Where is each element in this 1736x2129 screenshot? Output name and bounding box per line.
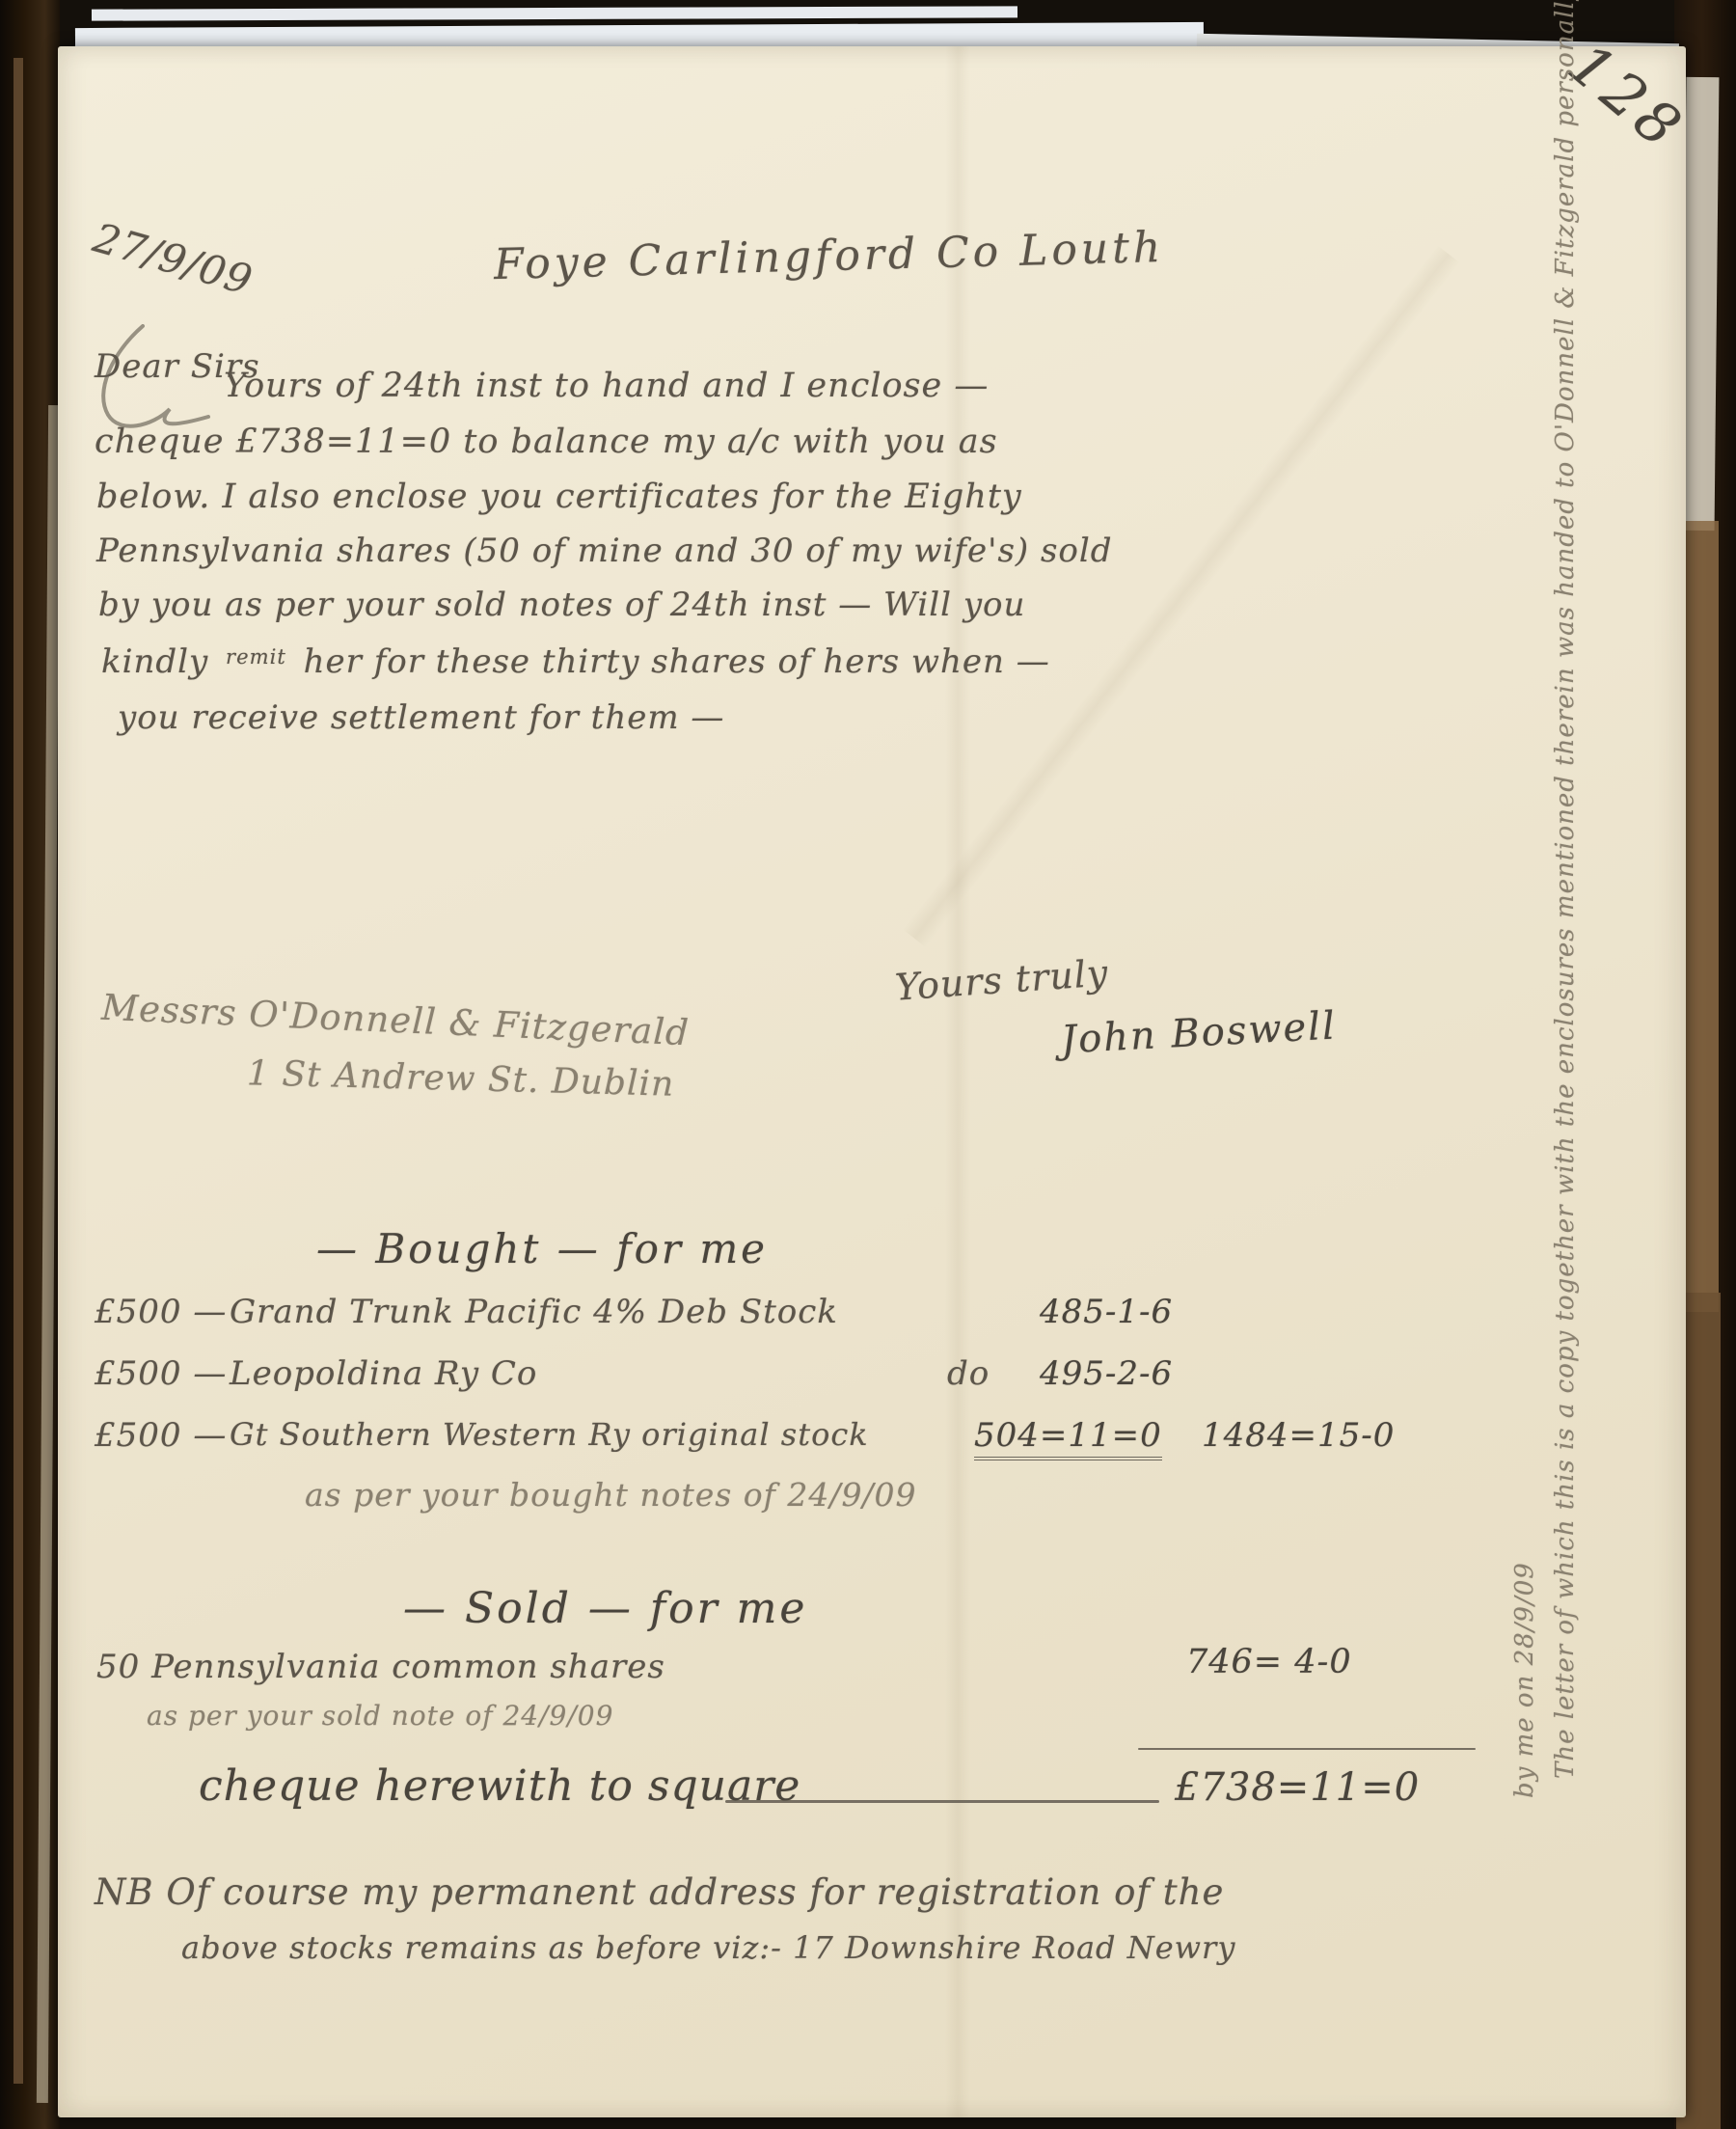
letter-date: 27/9/09 [89,214,258,305]
sold-item: 50 Pennsylvania common shares [96,1648,665,1686]
bought-row-2-amount: £500 — [95,1354,227,1393]
bought-row-3-price: 504=11=0 [974,1416,1162,1460]
bought-row-2-security: Leopoldina Ry Co [230,1354,537,1393]
body-line-6-before: kindly [101,642,208,681]
letter-page: 128 27/9/09 Foye Carlingford Co Louth De… [58,46,1686,2117]
sold-note: as per your sold note of 24/9/09 [147,1700,613,1732]
addressee-line-2: 1 St Andrew St. Dublin [247,1053,675,1105]
body-line-5: by you as per your sold notes of 24th in… [98,586,1025,624]
bought-row-3-security: Gt Southern Western Ry original stock [230,1416,869,1453]
paper-crease-vertical [945,46,970,2117]
signature: John Boswell [1060,1004,1338,1063]
sold-heading: — Sold — for me [403,1584,807,1633]
bought-row-2-ditto: do [947,1354,990,1393]
nb-line-2: above stocks remains as before viz:- 17 … [181,1929,1235,1966]
bought-row-3-total: 1484=15-0 [1202,1416,1395,1455]
cheque-label: cheque herewith to square [199,1761,800,1811]
body-line-2: cheque £738=11=0 to balance my a/c with … [95,423,998,461]
cheque-amount: £738=11=0 [1175,1765,1420,1810]
body-line-7: you receive settlement for them — [118,698,724,737]
top-paper-strip-thin [92,6,1017,20]
nb-line-1: NB Of course my permanent address for re… [95,1871,1224,1913]
body-line-1: Yours of 24th inst to hand and I enclose… [224,367,989,405]
body-line-6-after: her for these thirty shares of hers when… [304,642,1050,681]
left-page-edge [14,58,23,2084]
margin-note-tail: by me on 28/9/09 [1510,1528,1539,1798]
bought-row-1-security: Grand Trunk Pacific 4% Deb Stock [230,1293,838,1331]
body-line-4: Pennsylvania shares (50 of mine and 30 o… [96,532,1113,570]
right-paper-edge-tan [1680,521,1719,1312]
bought-row-3-amount: £500 — [95,1416,227,1455]
scanned-letter-page: 128 27/9/09 Foye Carlingford Co Louth De… [0,0,1736,2129]
bought-row-1-price: 485-1-6 [1040,1293,1173,1331]
right-paper-edge-white [1682,77,1720,531]
sold-item-price: 746= 4-0 [1186,1643,1352,1681]
margin-note-main: The letter of which this is a copy toget… [1551,134,1580,1779]
body-line-6-insertion: remit [226,644,286,669]
bought-note: as per your bought notes of 24/9/09 [305,1476,917,1514]
body-line-6: kindly remit her for these thirty shares… [101,642,1050,681]
bought-heading: — Bought — for me [316,1225,768,1272]
closing: Yours truly [894,951,1110,1008]
cheque-dash [725,1800,1159,1803]
body-line-3: below. I also enclose you certificates f… [96,478,1022,516]
bought-row-1-amount: £500 — [95,1293,227,1331]
letter-heading: Foye Carlingford Co Louth [493,223,1164,289]
addressee-line-1: Messrs O'Donnell & Fitzgerald [100,987,690,1054]
bought-row-2-price: 495-2-6 [1040,1354,1173,1393]
sum-line [1138,1748,1476,1750]
